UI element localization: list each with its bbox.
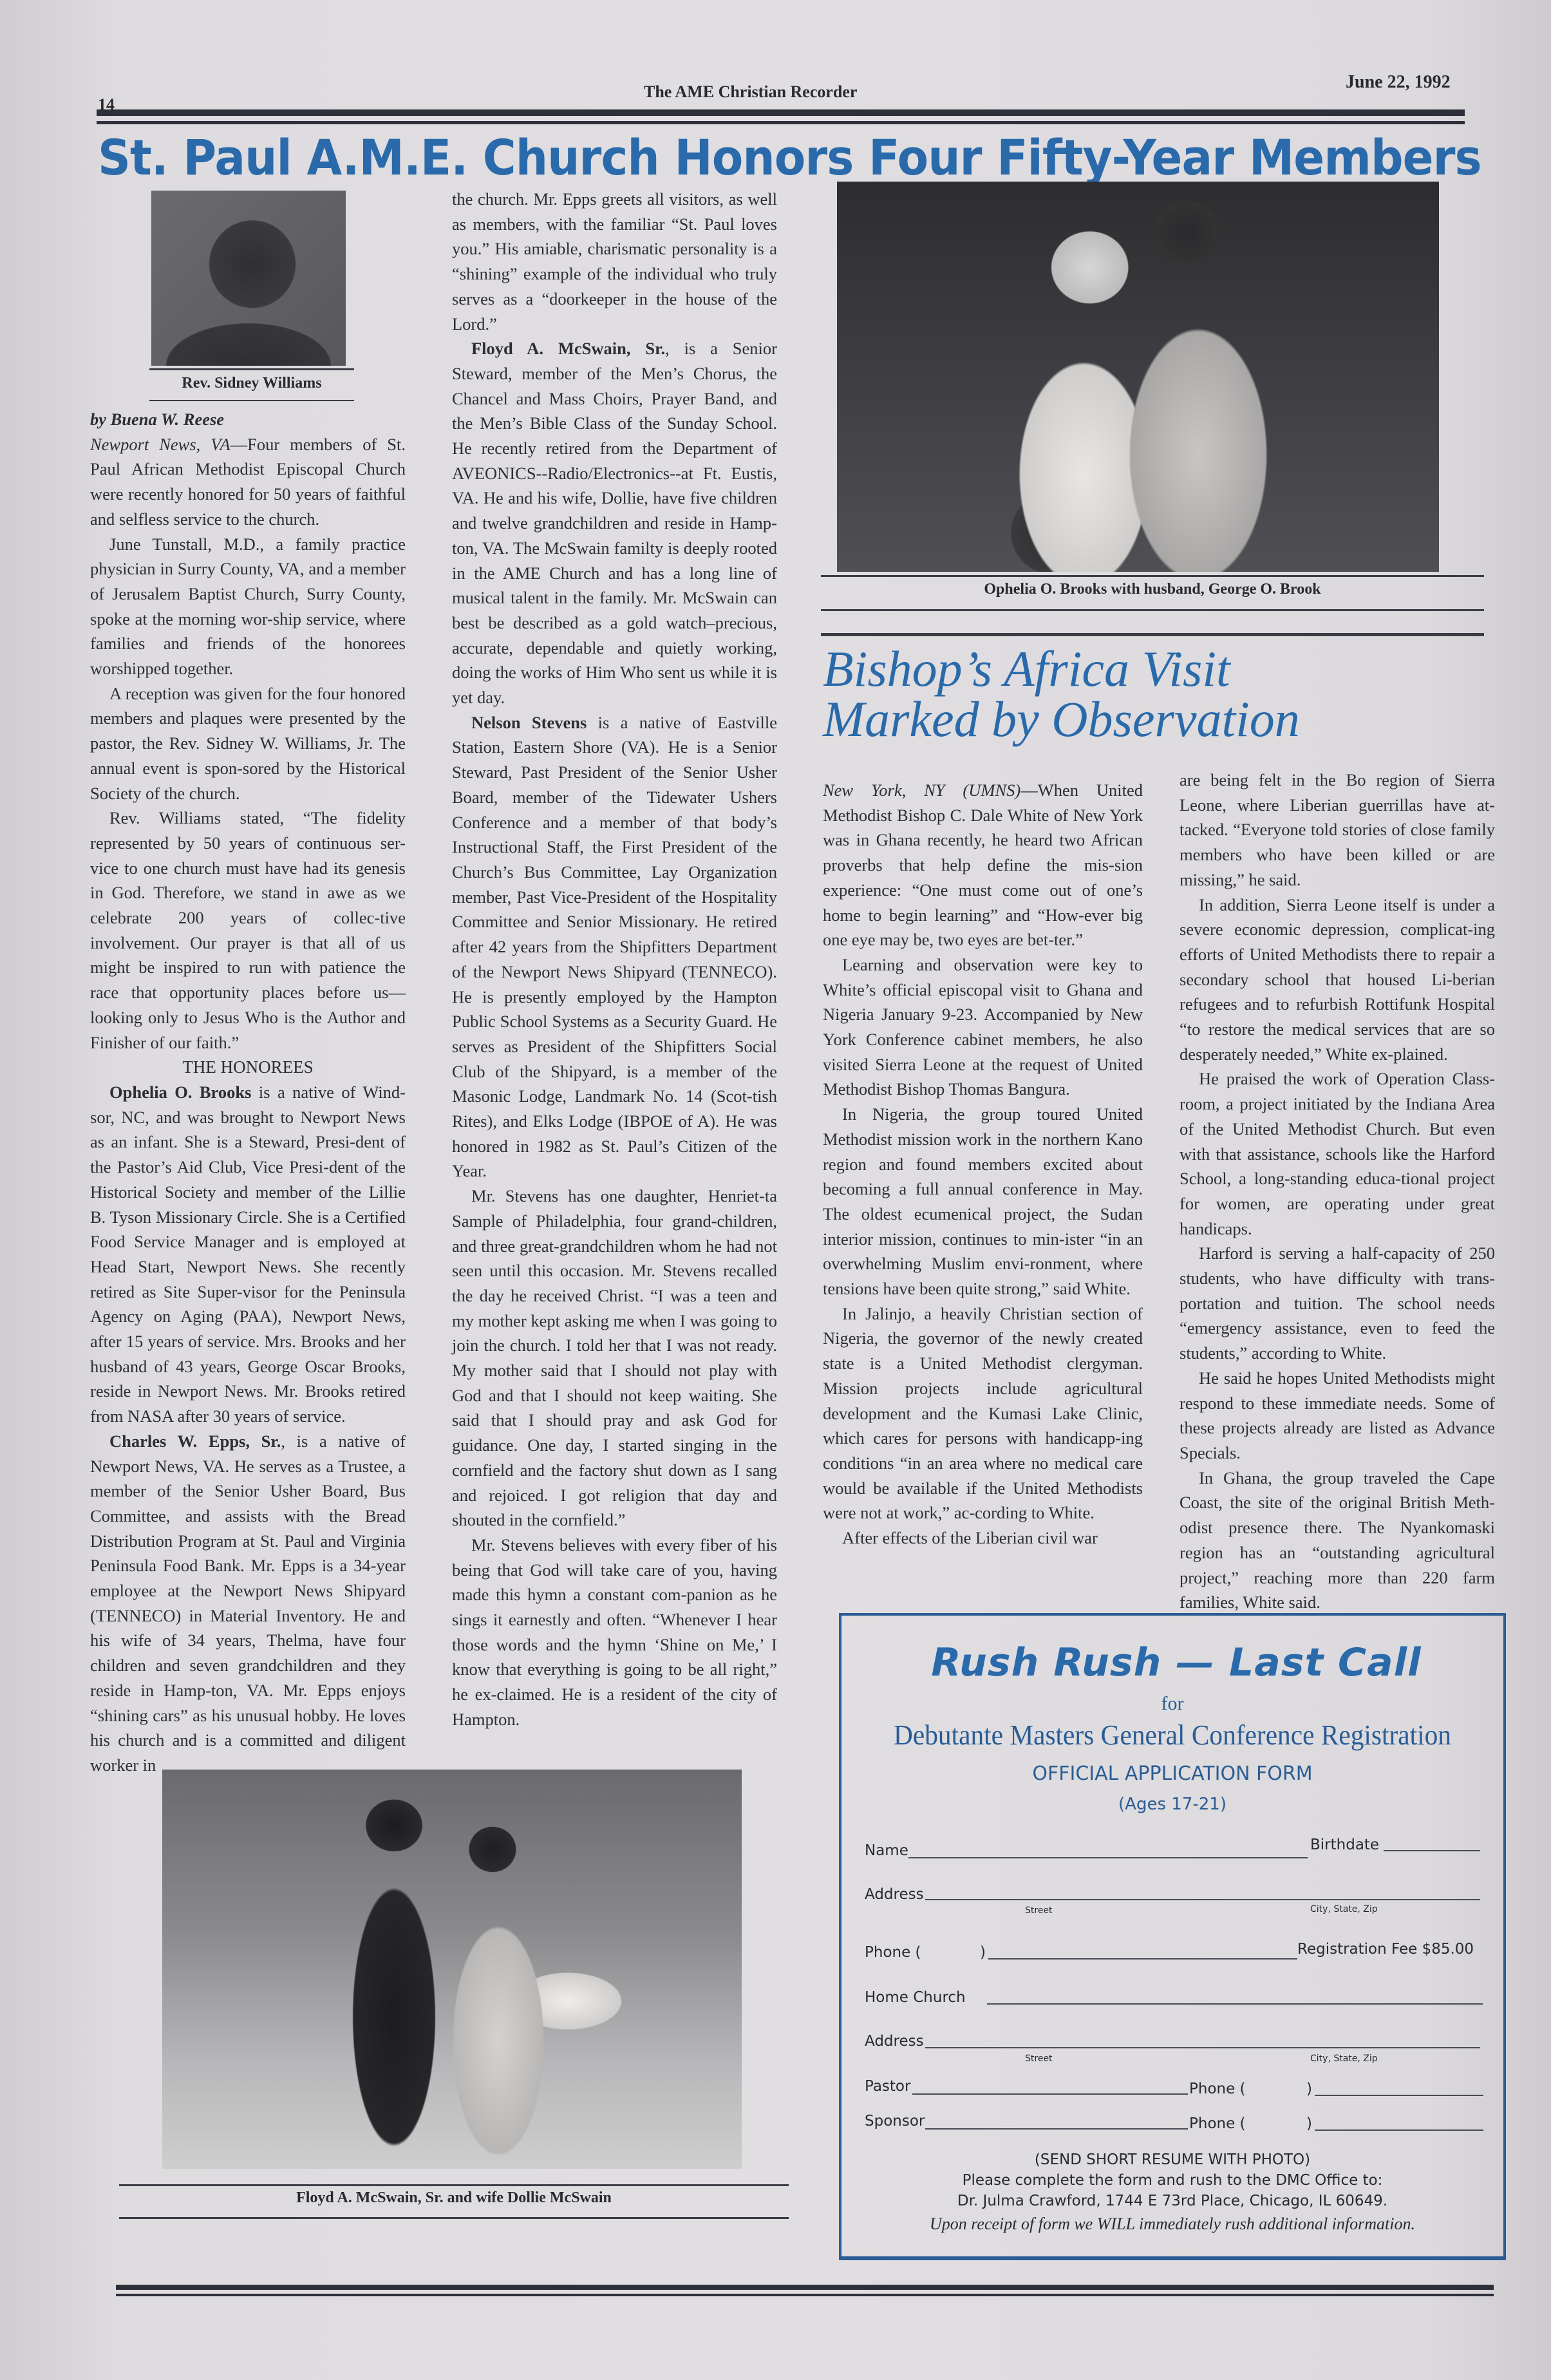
article-headline: St. Paul A.M.E. Church Honors Four Fifty… xyxy=(98,129,1481,186)
article-column-1: by Buena W. Reese Newport News, VA—Four … xyxy=(90,407,406,1778)
subheading: THE HONOREES xyxy=(90,1055,406,1080)
ad-mailing-address: Dr. Julma Crawford, 1744 E 73rd Place, C… xyxy=(841,2193,1503,2209)
article2-column-2: are being felt in the Bo region of Sierr… xyxy=(1180,768,1495,1615)
dateline: Newport News, VA xyxy=(90,435,230,454)
ad-note: Upon receipt of form we WILL immediately… xyxy=(841,2215,1503,2234)
registration-ad: Rush Rush — Last Call for Debutante Mast… xyxy=(839,1613,1506,2260)
church-address-field[interactable] xyxy=(925,2047,1480,2048)
caption-rule xyxy=(119,2184,789,2186)
caption-rule xyxy=(821,575,1484,577)
honoree-name: Nelson Stevens xyxy=(471,713,587,732)
photo-caption: Rev. Sidney Williams xyxy=(149,375,354,392)
caption-rule xyxy=(119,2217,789,2219)
ad-title: Rush Rush — Last Call xyxy=(867,1640,1485,1685)
address-field[interactable] xyxy=(925,1899,1480,1900)
article2-headline: Bishop’s Africa Visit Marked by Observat… xyxy=(823,644,1300,744)
form-title: OFFICIAL APPLICATION FORM xyxy=(841,1762,1503,1785)
masthead-rule-thick xyxy=(97,109,1465,116)
honoree-name: Ophelia O. Brooks xyxy=(109,1082,251,1102)
footer-rule-thick xyxy=(116,2285,1494,2290)
pastor-phone-field[interactable] xyxy=(1315,2095,1483,2096)
age-range: (Ages 17-21) xyxy=(841,1795,1503,1814)
caption-rule xyxy=(149,368,354,370)
pastor-field[interactable] xyxy=(912,2093,1188,2095)
article-column-2: the church. Mr. Epps greets all visitors… xyxy=(452,187,777,1732)
phone-field[interactable] xyxy=(988,1958,1297,1960)
issue-date: June 22, 1992 xyxy=(1346,72,1451,93)
sponsor-phone-field[interactable] xyxy=(1315,2130,1483,2131)
dateline: New York, NY (UMNS) xyxy=(823,780,1020,800)
photo-caption: Floyd A. McSwain, Sr. and wife Dollie Mc… xyxy=(119,2189,789,2207)
publication-name: The AME Christian Recorder xyxy=(644,82,857,102)
ad-subtitle: Debutante Masters General Conference Reg… xyxy=(861,1719,1483,1752)
newspaper-page: 14 The AME Christian Recorder June 22, 1… xyxy=(0,0,1551,2380)
masthead-rule-thin xyxy=(97,121,1465,124)
photo-mcswain-couple xyxy=(162,1770,742,2169)
honoree-name: Charles W. Epps, Sr. xyxy=(109,1431,281,1451)
article2-column-1: New York, NY (UMNS)—When United Methodis… xyxy=(823,778,1143,1551)
registration-fee: Registration Fee $85.00 xyxy=(1297,1941,1474,1958)
caption-rule xyxy=(149,400,354,401)
caption-rule xyxy=(821,609,1484,611)
footer-rule-thin xyxy=(116,2294,1494,2296)
photo-brooks-couple xyxy=(837,182,1439,572)
ad-instruction: Please complete the form and rush to the… xyxy=(841,2172,1503,2189)
home-church-field[interactable] xyxy=(987,2003,1483,2005)
photo-caption: Ophelia O. Brooks with husband, George O… xyxy=(821,581,1484,598)
photo-rev-williams xyxy=(151,191,346,366)
birthdate-field[interactable] xyxy=(1384,1850,1480,1851)
sponsor-field[interactable] xyxy=(925,2128,1188,2130)
name-field[interactable] xyxy=(908,1857,1308,1858)
honoree-name: Floyd A. McSwain, Sr. xyxy=(471,339,665,358)
section-rule xyxy=(821,633,1484,636)
ad-instruction: (SEND SHORT RESUME WITH PHOTO) xyxy=(841,2151,1503,2168)
byline: by Buena W. Reese xyxy=(90,407,406,432)
